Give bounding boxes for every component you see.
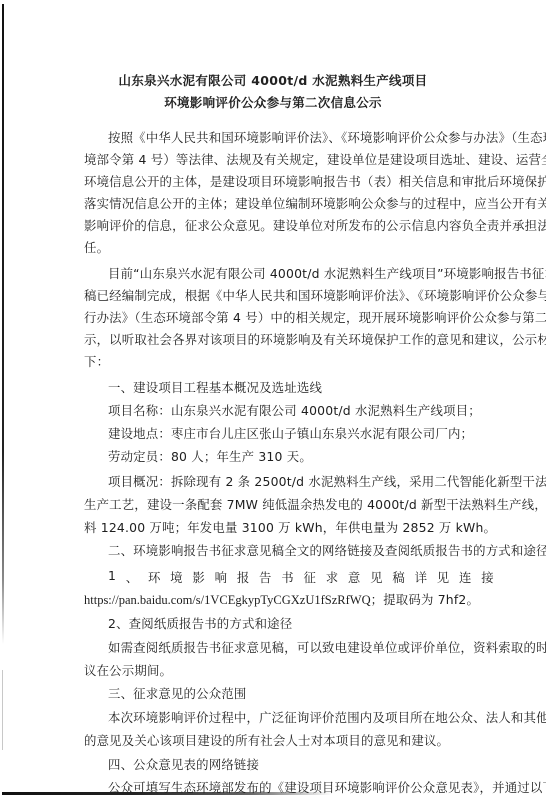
- paragraph2-line: 示，以听取社会各界对该项目的环境影响及有关环境保护工作的意见和建议，公示材料如: [84, 330, 546, 348]
- section1-heading: 一、建设项目工程基本概况及选址选线: [108, 378, 322, 396]
- section2-item2-line: 如需查阅纸质报告书征求意见稿，可以致电建设单位或评价单位，资料索取的时间建: [108, 638, 546, 656]
- paragraph2-line: 行办法》（生态环境部令第 4 号）中的相关规定，现开展环境影响评价公众参与第二次…: [84, 308, 546, 326]
- paragraph1-line: 境部令第 4 号）等法律、法规及有关规定，建设单位是建设项目选址、建设、运营全过…: [84, 150, 546, 168]
- section3-line: 本次环境影响评价过程中，广泛征询评价范围内及项目所在地公众、法人和其他组织: [108, 708, 546, 726]
- section2-heading: 二、环境影响报告书征求意见稿全文的网络链接及查阅纸质报告书的方式和途径: [108, 541, 546, 559]
- section2-item1: 1 、 环 境 影 响 报 告 书 征 求 意 见 稿 详 见 连 接: [108, 568, 494, 586]
- section4-line: 公众可填写生态环境部发布的《建设项目环境影响评价公众意见表》，并通过以下方: [108, 778, 546, 796]
- section2-item2-heading: 2、查阅纸质报告书的方式和途径: [108, 614, 292, 632]
- project-staff: 劳动定员：80 人；年生产 310 天。: [108, 447, 312, 465]
- overview-line: 生产工艺，建设一条配套 7MW 纯低温余热发电的 4000t/d 新型干法熟料生…: [84, 495, 546, 513]
- paragraph1-line: 按照《中华人民共和国环境影响评价法》、《环境影响评价公众参与办法》（生态环: [108, 128, 546, 146]
- section3-line: 的意见及关心该项目建设的所有社会人士对本项目的意见和建议。: [84, 731, 449, 749]
- project-name: 项目名称：山东泉兴水泥有限公司 4000t/d 水泥熟料生产线项目；: [108, 401, 481, 419]
- paragraph1-line: 落实情况信息公开的主体；建设单位编制环境影响公众参与的过程中，应当公开有关环境: [84, 194, 546, 212]
- project-location: 建设地点：枣庄市台儿庄区张山子镇山东泉兴水泥有限公司厂内；: [108, 424, 473, 442]
- overview-line: 项目概况：拆除现有 2 条 2500t/d 水泥熟料生产线，采用二代智能化新型干…: [108, 472, 546, 490]
- paragraph1-line: 任。: [84, 238, 109, 256]
- report-link-line: https://pan.baidu.com/s/1VCEgkypTyCGXzU1…: [84, 590, 479, 608]
- paragraph2-line: 目前“山东泉兴水泥有限公司 4000t/d 水泥熟料生产线项目”环境影响报告书征…: [108, 264, 546, 282]
- document-title: 山东泉兴水泥有限公司 4000t/d 水泥熟料生产线项目: [0, 71, 546, 89]
- paragraph2-line: 下：: [84, 352, 109, 370]
- report-link[interactable]: https://pan.baidu.com/s/1VCEgkypTyCGXzU1…: [84, 593, 371, 607]
- overview-line: 料 124.00 万吨；年发电量 3100 万 kWh，年供电量为 2852 万…: [84, 518, 496, 536]
- extraction-code: ；提取码为 7hf2。: [371, 592, 479, 607]
- section4-heading: 四、公众意见表的网络链接: [108, 755, 259, 773]
- document-page: 山东泉兴水泥有限公司 4000t/d 水泥熟料生产线项目 环境影响评价公众参与第…: [0, 0, 546, 798]
- section3-heading: 三、征求意见的公众范围: [108, 684, 247, 702]
- paragraph2-line: 稿已经编制完成，根据《中华人民共和国环境影响评价法》、《环境影响评价公众参与暂: [84, 286, 546, 304]
- paragraph1-line: 环境信息公开的主体，是建设项目环境影响报告书（表）相关信息和审批后环境保护措施: [84, 172, 546, 190]
- section2-item2-line: 议在公示期间。: [84, 661, 172, 679]
- paragraph1-line: 影响评价的信息，征求公众意见。建设单位对所发布的公示信息内容负全责并承担法律责: [84, 216, 546, 234]
- document-subtitle: 环境影响评价公众参与第二次信息公示: [0, 93, 546, 111]
